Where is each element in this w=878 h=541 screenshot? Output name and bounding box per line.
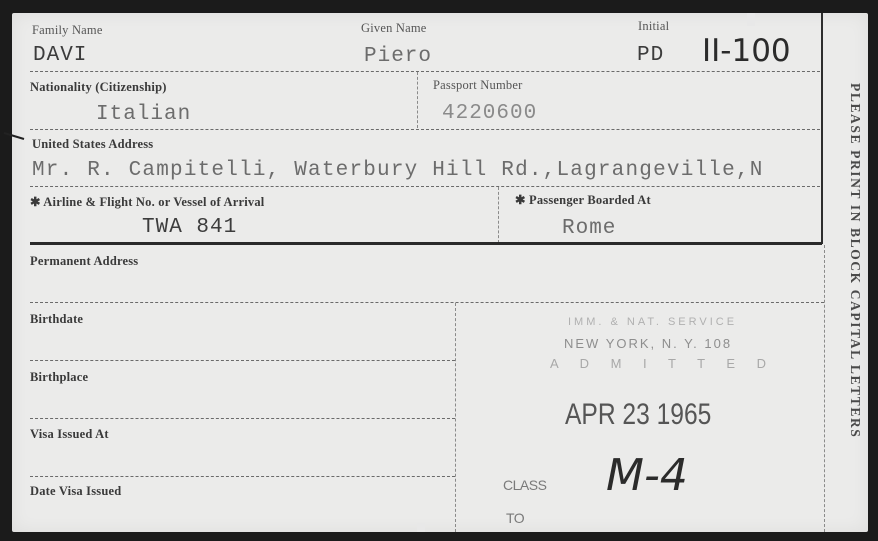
- initial-value: PD: [637, 44, 664, 67]
- birthplace-label: Birthplace: [30, 370, 88, 385]
- stamp-date: APR 23 1965: [565, 398, 711, 432]
- initial-label: Initial: [638, 19, 669, 34]
- right-border: [824, 245, 825, 532]
- nationality-value: Italian: [96, 103, 191, 126]
- passport-number-value: 4220600: [442, 102, 537, 125]
- given-name-label: Given Name: [361, 21, 427, 36]
- section-divider-thick: [30, 242, 822, 245]
- handwritten-class: M-4: [606, 450, 688, 501]
- column-divider: [417, 72, 418, 128]
- row-divider: [30, 186, 820, 187]
- birthdate-label: Birthdate: [30, 312, 83, 327]
- stamp-class-label: CLASS: [503, 477, 546, 493]
- row-divider: [30, 476, 455, 477]
- scan-edge-gap: [747, 13, 755, 26]
- row-divider: [30, 418, 455, 419]
- airline-flight-value: TWA 841: [142, 216, 237, 239]
- stamp-line-1: IMM. & NAT. SERVICE: [568, 316, 737, 328]
- row-divider: [30, 360, 455, 361]
- column-divider: [455, 303, 456, 532]
- row-divider: [30, 71, 820, 72]
- stamp-to-label: TO: [506, 510, 524, 526]
- visa-issued-at-label: Visa Issued At: [30, 427, 109, 442]
- nationality-label: Nationality (Citizenship): [30, 80, 167, 95]
- row-divider: [30, 302, 824, 303]
- pointer-mark-icon: [2, 131, 28, 141]
- print-instruction-vertical: PLEASE PRINT IN BLOCK CAPITAL LETTERS: [841, 83, 863, 483]
- row-divider: [30, 129, 820, 130]
- boarded-at-value: Rome: [562, 217, 616, 240]
- given-name-value: Piero: [364, 45, 432, 68]
- us-address-value: Mr. R. Campitelli, Waterbury Hill Rd.,La…: [32, 159, 764, 182]
- us-address-label: United States Address: [32, 137, 153, 152]
- column-divider: [498, 187, 499, 243]
- family-name-label: Family Name: [32, 23, 103, 38]
- airline-flight-label: ✱ Airline & Flight No. or Vessel of Arri…: [30, 194, 264, 210]
- passport-number-label: Passport Number: [433, 78, 522, 93]
- arrival-record-card: Family Name DAVI Given Name Piero Initia…: [12, 13, 868, 532]
- handwritten-file-number: II-100: [702, 33, 791, 69]
- boarded-at-label: ✱ Passenger Boarded At: [515, 192, 651, 208]
- top-section-right-border: [821, 13, 823, 244]
- date-visa-issued-label: Date Visa Issued: [30, 484, 121, 499]
- stamp-line-3: A D M I T T E D: [550, 356, 775, 371]
- stamp-line-2: NEW YORK, N. Y. 108: [564, 336, 732, 351]
- family-name-value: DAVI: [33, 44, 87, 67]
- scan-edge-gap: [417, 523, 425, 532]
- permanent-address-label: Permanent Address: [30, 254, 138, 269]
